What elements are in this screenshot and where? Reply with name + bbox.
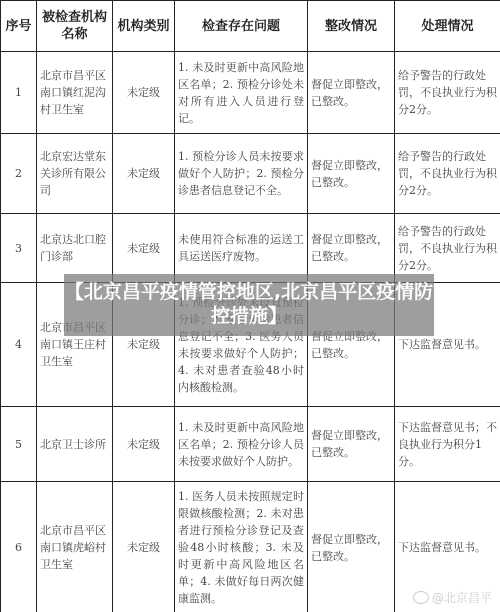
cell-rectification: 督促立即整改，已整改。 xyxy=(308,52,395,134)
cell-org-name: 北京市昌平区南口镇虎峪村卫生室 xyxy=(37,482,113,612)
cell-problems: 1. 医务人员未按照规定时限做核酸检测；2. 未对患者进行预检分诊登记及查验48… xyxy=(175,482,308,612)
header-seq: 序号 xyxy=(1,1,37,52)
table-row: 3 北京达北口腔门诊部 未定级 未使用符合标准的运送工具运送医疗废物。 督促立即… xyxy=(1,214,500,283)
table-row: 5 北京卫士诊所 未定级 1. 未及时更新中高风险地区名单；2. 预检分诊人员未… xyxy=(1,407,500,482)
cell-category: 未定级 xyxy=(113,52,175,134)
cell-category: 未定级 xyxy=(113,134,175,214)
cell-problems: 1. 未及时更新中高风险地区名单；2. 预检分诊处未对所有进入人员进行登记。 xyxy=(175,52,308,134)
cell-handling: 给予警告的行政处罚，不良执业行为积分2分。 xyxy=(395,52,500,134)
header-problems: 检查存在问题 xyxy=(175,1,308,52)
header-rectification: 整改情况 xyxy=(308,1,395,52)
cell-seq: 2 xyxy=(1,134,37,214)
cell-problems: 1. 预检分诊人员未按要求做好个人防护；2. 预检分诊患者信息登记不全。 xyxy=(175,134,308,214)
cell-category: 未定级 xyxy=(113,407,175,482)
cell-rectification: 督促立即整改，已整改。 xyxy=(308,214,395,283)
table-header-row: 序号 被检查机构名称 机构类别 检查存在问题 整改情况 处理情况 xyxy=(1,1,500,52)
watermark-text: @北京昌平 xyxy=(432,589,492,606)
header-handling: 处理情况 xyxy=(395,1,500,52)
cell-org-name: 北京宏达堂东关诊所有限公司 xyxy=(37,134,113,214)
source-watermark: @北京昌平 xyxy=(413,589,492,606)
cell-org-name: 北京达北口腔门诊部 xyxy=(37,214,113,283)
cell-category: 未定级 xyxy=(113,482,175,612)
cell-org-name: 北京卫士诊所 xyxy=(37,407,113,482)
cell-seq: 5 xyxy=(1,407,37,482)
header-org-name: 被检查机构名称 xyxy=(37,1,113,52)
cell-handling: 给予警告的行政处罚，不良执业行为积分2分。 xyxy=(395,214,500,283)
cell-seq: 4 xyxy=(1,283,37,407)
cell-category: 未定级 xyxy=(113,214,175,283)
cell-problems: 1. 未及时更新中高风险地区名单；2. 预检分诊人员未按要求做好个人防护。 xyxy=(175,407,308,482)
cell-handling: 给予警告的行政处罚，不良执业行为积分2分。 xyxy=(395,134,500,214)
cell-handling: 下达监督意见书；不良执业行为积分1分。 xyxy=(395,407,500,482)
header-category: 机构类别 xyxy=(113,1,175,52)
cell-rectification: 督促立即整改，已整改。 xyxy=(308,407,395,482)
cell-seq: 3 xyxy=(1,214,37,283)
cell-problems: 未使用符合标准的运送工具运送医疗废物。 xyxy=(175,214,308,283)
title-overlay-banner: 【北京昌平疫情管控地区,北京昌平区疫情防控措施】 xyxy=(64,274,434,336)
cell-rectification: 督促立即整改，已整改。 xyxy=(308,482,395,612)
weibo-icon xyxy=(413,591,429,604)
cell-org-name: 北京市昌平区南口镇红泥沟村卫生室 xyxy=(37,52,113,134)
cell-seq: 1 xyxy=(1,52,37,134)
table-row: 1 北京市昌平区南口镇红泥沟村卫生室 未定级 1. 未及时更新中高风险地区名单；… xyxy=(1,52,500,134)
cell-rectification: 督促立即整改，已整改。 xyxy=(308,134,395,214)
cell-seq: 6 xyxy=(1,482,37,612)
table-row: 2 北京宏达堂东关诊所有限公司 未定级 1. 预检分诊人员未按要求做好个人防护；… xyxy=(1,134,500,214)
